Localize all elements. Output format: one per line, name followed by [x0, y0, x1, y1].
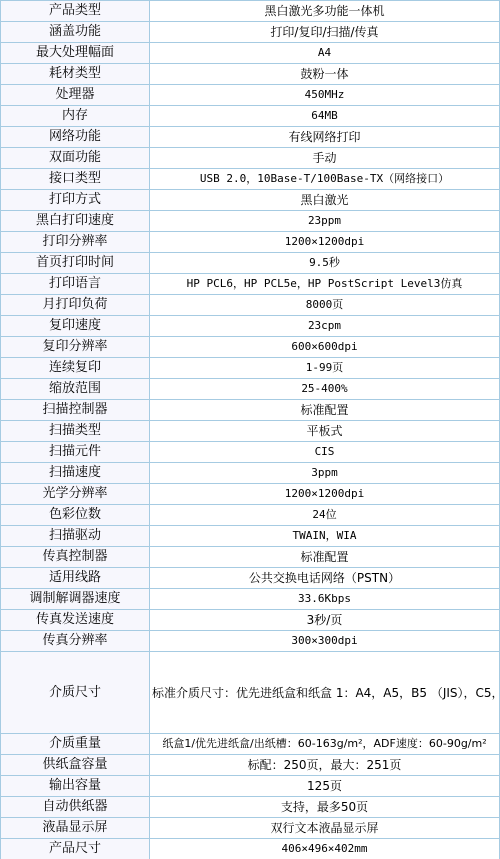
spec-label: 黑白打印速度 — [1, 211, 150, 232]
spec-value: 标准配置 — [150, 400, 500, 421]
spec-row-color-depth: 色彩位数24位 — [1, 505, 500, 526]
spec-row-scan-driver: 扫描驱动TWAIN，WIA — [1, 526, 500, 547]
spec-label: 扫描驱动 — [1, 526, 150, 547]
spec-row-copy-speed: 复印速度23cpm — [1, 316, 500, 337]
spec-row-zoom-range: 缩放范围25-400% — [1, 379, 500, 400]
spec-value: 1-99页 — [150, 358, 500, 379]
spec-label: 最大处理幅面 — [1, 43, 150, 64]
spec-value: 纸盒1/优先进纸盒/出纸槽：60-163g/m²，ADF速度：60-90g/m² — [150, 734, 500, 755]
spec-row-scan-speed: 扫描速度3ppm — [1, 463, 500, 484]
spec-value: 25-400% — [150, 379, 500, 400]
spec-value: 鼓粉一体 — [150, 64, 500, 85]
spec-row-copy-resolution: 复印分辨率600×600dpi — [1, 337, 500, 358]
spec-value: TWAIN，WIA — [150, 526, 500, 547]
spec-value: 33.6Kbps — [150, 589, 500, 610]
spec-value: 24位 — [150, 505, 500, 526]
spec-value: 125页 — [150, 776, 500, 797]
spec-value: 300×300dpi — [150, 631, 500, 652]
spec-label: 产品尺寸 — [1, 839, 150, 859]
spec-label: 缩放范围 — [1, 379, 150, 400]
spec-value: 3秒/页 — [150, 610, 500, 631]
spec-row-dimensions: 产品尺寸406×496×402mm — [1, 839, 500, 859]
spec-value: 64MB — [150, 106, 500, 127]
spec-label: 涵盖功能 — [1, 22, 150, 43]
spec-value: 黑白激光多功能一体机 — [150, 1, 500, 22]
spec-label: 耗材类型 — [1, 64, 150, 85]
spec-row-memory: 内存64MB — [1, 106, 500, 127]
spec-label: 介质重量 — [1, 734, 150, 755]
spec-value: 8000页 — [150, 295, 500, 316]
spec-value: CIS — [150, 442, 500, 463]
spec-value: 标准介质尺寸：优先进纸盒和纸盒 1：A4，A5，B5 （JIS），C5，DL，1… — [150, 652, 500, 734]
spec-value: 打印/复印/扫描/传真 — [150, 22, 500, 43]
spec-value: 406×496×402mm — [150, 839, 500, 859]
spec-row-print-language: 打印语言HP PCL6，HP PCL5e，HP PostScript Level… — [1, 274, 500, 295]
spec-row-first-page: 首页打印时间9.5秒 — [1, 253, 500, 274]
spec-label: 扫描类型 — [1, 421, 150, 442]
spec-label: 网络功能 — [1, 127, 150, 148]
spec-value: 黑白激光 — [150, 190, 500, 211]
spec-value: 1200×1200dpi — [150, 232, 500, 253]
spec-value: 平板式 — [150, 421, 500, 442]
spec-label: 打印方式 — [1, 190, 150, 211]
spec-label: 传真控制器 — [1, 547, 150, 568]
spec-value: 3ppm — [150, 463, 500, 484]
spec-label: 液晶显示屏 — [1, 818, 150, 839]
spec-label: 内存 — [1, 106, 150, 127]
spec-row-bw-speed: 黑白打印速度23ppm — [1, 211, 500, 232]
spec-row-print-resolution: 打印分辨率1200×1200dpi — [1, 232, 500, 253]
spec-row-duty-cycle: 月打印负荷8000页 — [1, 295, 500, 316]
spec-label: 介质尺寸 — [1, 652, 150, 734]
spec-label: 打印分辨率 — [1, 232, 150, 253]
spec-value: 双行文本液晶显示屏 — [150, 818, 500, 839]
spec-value: 23ppm — [150, 211, 500, 232]
spec-row-line-type: 适用线路公共交换电话网络（PSTN） — [1, 568, 500, 589]
spec-label: 扫描速度 — [1, 463, 150, 484]
spec-row-duplex: 双面功能手动 — [1, 148, 500, 169]
spec-table: 产品类型黑白激光多功能一体机 涵盖功能打印/复印/扫描/传真 最大处理幅面A4 … — [0, 0, 500, 859]
spec-value: HP PCL6，HP PCL5e，HP PostScript Level3仿真 — [150, 274, 500, 295]
spec-row-functions: 涵盖功能打印/复印/扫描/传真 — [1, 22, 500, 43]
spec-label: 接口类型 — [1, 169, 150, 190]
spec-row-scan-type: 扫描类型平板式 — [1, 421, 500, 442]
spec-row-consumable: 耗材类型鼓粉一体 — [1, 64, 500, 85]
spec-label: 传真分辨率 — [1, 631, 150, 652]
spec-row-fax-speed: 传真发送速度3秒/页 — [1, 610, 500, 631]
spec-value: 9.5秒 — [150, 253, 500, 274]
spec-row-max-size: 最大处理幅面A4 — [1, 43, 500, 64]
spec-row-lcd: 液晶显示屏双行文本液晶显示屏 — [1, 818, 500, 839]
spec-value: 公共交换电话网络（PSTN） — [150, 568, 500, 589]
spec-label: 首页打印时间 — [1, 253, 150, 274]
spec-row-modem-speed: 调制解调器速度33.6Kbps — [1, 589, 500, 610]
spec-row-media-size: 介质尺寸标准介质尺寸：优先进纸盒和纸盒 1：A4，A5，B5 （JIS），C5，… — [1, 652, 500, 734]
spec-label: 色彩位数 — [1, 505, 150, 526]
spec-row-fax-controller: 传真控制器标准配置 — [1, 547, 500, 568]
spec-row-fax-resolution: 传真分辨率300×300dpi — [1, 631, 500, 652]
spec-label: 打印语言 — [1, 274, 150, 295]
spec-row-processor: 处理器450MHz — [1, 85, 500, 106]
spec-label: 传真发送速度 — [1, 610, 150, 631]
spec-row-interface: 接口类型USB 2.0，10Base-T/100Base-TX（网络接口） — [1, 169, 500, 190]
spec-label: 自动供纸器 — [1, 797, 150, 818]
spec-label: 月打印负荷 — [1, 295, 150, 316]
spec-row-product-type: 产品类型黑白激光多功能一体机 — [1, 1, 500, 22]
spec-label: 连续复印 — [1, 358, 150, 379]
spec-label: 产品类型 — [1, 1, 150, 22]
spec-value: 标配：250页，最大：251页 — [150, 755, 500, 776]
spec-row-continuous-copy: 连续复印1-99页 — [1, 358, 500, 379]
spec-label: 适用线路 — [1, 568, 150, 589]
spec-row-scan-controller: 扫描控制器标准配置 — [1, 400, 500, 421]
spec-value: 标准配置 — [150, 547, 500, 568]
spec-value: 有线网络打印 — [150, 127, 500, 148]
spec-label: 调制解调器速度 — [1, 589, 150, 610]
spec-label: 供纸盒容量 — [1, 755, 150, 776]
spec-value: USB 2.0，10Base-T/100Base-TX（网络接口） — [150, 169, 500, 190]
spec-label: 复印速度 — [1, 316, 150, 337]
spec-row-optical-resolution: 光学分辨率1200×1200dpi — [1, 484, 500, 505]
spec-value: 手动 — [150, 148, 500, 169]
spec-value: 1200×1200dpi — [150, 484, 500, 505]
spec-row-network: 网络功能有线网络打印 — [1, 127, 500, 148]
spec-value: 600×600dpi — [150, 337, 500, 358]
spec-label: 双面功能 — [1, 148, 150, 169]
spec-label: 复印分辨率 — [1, 337, 150, 358]
spec-row-media-weight: 介质重量纸盒1/优先进纸盒/出纸槽：60-163g/m²，ADF速度：60-90… — [1, 734, 500, 755]
spec-value: 23cpm — [150, 316, 500, 337]
spec-row-scan-element: 扫描元件CIS — [1, 442, 500, 463]
spec-label: 扫描控制器 — [1, 400, 150, 421]
spec-row-input-capacity: 供纸盒容量标配：250页，最大：251页 — [1, 755, 500, 776]
spec-label: 处理器 — [1, 85, 150, 106]
spec-row-output-capacity: 输出容量125页 — [1, 776, 500, 797]
spec-value: 支持，最多50页 — [150, 797, 500, 818]
spec-label: 输出容量 — [1, 776, 150, 797]
spec-label: 光学分辨率 — [1, 484, 150, 505]
spec-row-adf: 自动供纸器支持，最多50页 — [1, 797, 500, 818]
spec-value: 450MHz — [150, 85, 500, 106]
spec-row-print-method: 打印方式黑白激光 — [1, 190, 500, 211]
spec-value: A4 — [150, 43, 500, 64]
spec-label: 扫描元件 — [1, 442, 150, 463]
